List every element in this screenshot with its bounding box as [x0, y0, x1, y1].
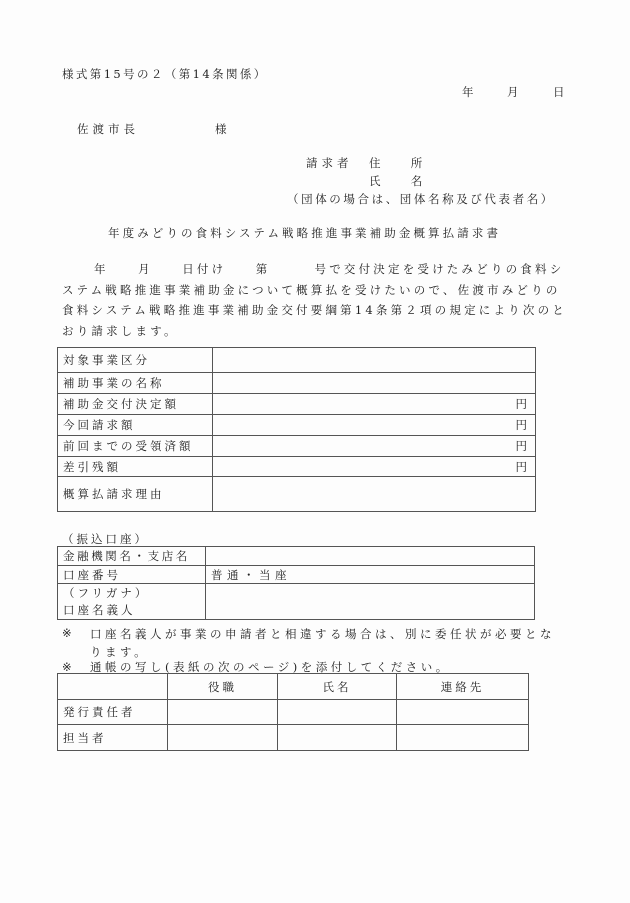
- staff-name-field[interactable]: [278, 725, 397, 751]
- body-paragraph: 年 月 日付け 第 号で交付決定を受けたみどりの食料システム戦略推進事業補助金に…: [62, 259, 572, 341]
- row-label: 補助金交付決定額: [58, 394, 213, 415]
- decided-amount-field[interactable]: 円: [213, 394, 536, 415]
- table-row: 前回までの受領済額 円: [58, 436, 536, 457]
- header-blank: [58, 674, 168, 700]
- note-mark: ※: [62, 625, 90, 641]
- date-year: 年: [462, 84, 476, 100]
- table-row: 補助事業の名称: [58, 373, 536, 394]
- addressee-name: 佐渡市長: [77, 121, 139, 137]
- table-row: 口座番号 普通・当座: [58, 566, 535, 584]
- issuer-name-field[interactable]: [278, 700, 397, 725]
- row-label: 補助事業の名称: [58, 373, 213, 394]
- staff-position-field[interactable]: [168, 725, 278, 751]
- issuer-contact-field[interactable]: [397, 700, 529, 725]
- contact-table: 役職 氏名 連絡先 発行責任者 担当者: [57, 673, 529, 751]
- name-label: 氏 名: [369, 173, 425, 189]
- project-name-field[interactable]: [213, 373, 536, 394]
- header-name: 氏名: [278, 674, 397, 700]
- table-row: 対象事業区分: [58, 348, 536, 373]
- date-month: 月: [507, 84, 521, 100]
- table-row: 今回請求額 円: [58, 415, 536, 436]
- table-row: 概算払請求理由: [58, 477, 536, 512]
- header-contact: 連絡先: [397, 674, 529, 700]
- addressee-honorific: 様: [215, 121, 229, 137]
- row-label: 前回までの受領済額: [58, 436, 213, 457]
- yen-unit: 円: [516, 418, 531, 432]
- group-note: （団体の場合は、団体名称及び代表者名）: [287, 191, 555, 207]
- yen-unit: 円: [516, 439, 531, 453]
- account-holder-field[interactable]: [206, 584, 535, 620]
- row-label: 概算払請求理由: [58, 477, 213, 512]
- form-number: 様式第15号の２（第14条関係）: [62, 66, 268, 82]
- balance-field[interactable]: 円: [213, 457, 536, 477]
- table-header-row: 役職 氏名 連絡先: [58, 674, 529, 700]
- address-label: 住 所: [369, 155, 425, 171]
- row-label: 発行責任者: [58, 700, 168, 725]
- table-row: （フリガナ） 口座名義人: [58, 584, 535, 620]
- bank-heading: （振込口座）: [62, 531, 149, 547]
- row-label: 差引残額: [58, 457, 213, 477]
- row-label: 金融機関名・支店名: [58, 547, 206, 566]
- row-label: 口座番号: [58, 566, 206, 584]
- reason-field[interactable]: [213, 477, 536, 512]
- bank-branch-field[interactable]: [206, 547, 535, 566]
- row-label: 今回請求額: [58, 415, 213, 436]
- yen-unit: 円: [516, 460, 531, 474]
- row-label: （フリガナ） 口座名義人: [58, 584, 206, 620]
- row-label: 担当者: [58, 725, 168, 751]
- requester-label: 請求者: [306, 155, 353, 171]
- date-day: 日: [553, 84, 567, 100]
- account-type-field[interactable]: 普通・当座: [206, 566, 535, 584]
- issuer-position-field[interactable]: [168, 700, 278, 725]
- note-1: ※口座名義人が事業の申請者と相違する場合は、別に委任状が必要となります。: [62, 625, 572, 661]
- table-row: 発行責任者: [58, 700, 529, 725]
- staff-contact-field[interactable]: [397, 725, 529, 751]
- table-row: 補助金交付決定額 円: [58, 394, 536, 415]
- target-category-field[interactable]: [213, 348, 536, 373]
- claim-table: 対象事業区分 補助事業の名称 補助金交付決定額 円 今回請求額 円 前回までの受…: [57, 347, 536, 512]
- document-title: 年度みどりの食料システム戦略推進事業補助金概算払請求書: [108, 225, 501, 241]
- table-row: 担当者: [58, 725, 529, 751]
- note-text: 口座名義人が事業の申請者と相違する場合は、別に委任状が必要となります。: [90, 625, 565, 661]
- table-row: 差引残額 円: [58, 457, 536, 477]
- received-amount-field[interactable]: 円: [213, 436, 536, 457]
- current-claim-field[interactable]: 円: [213, 415, 536, 436]
- header-position: 役職: [168, 674, 278, 700]
- bank-table: 金融機関名・支店名 口座番号 普通・当座 （フリガナ） 口座名義人: [57, 546, 535, 620]
- yen-unit: 円: [516, 397, 531, 411]
- row-label: 対象事業区分: [58, 348, 213, 373]
- table-row: 金融機関名・支店名: [58, 547, 535, 566]
